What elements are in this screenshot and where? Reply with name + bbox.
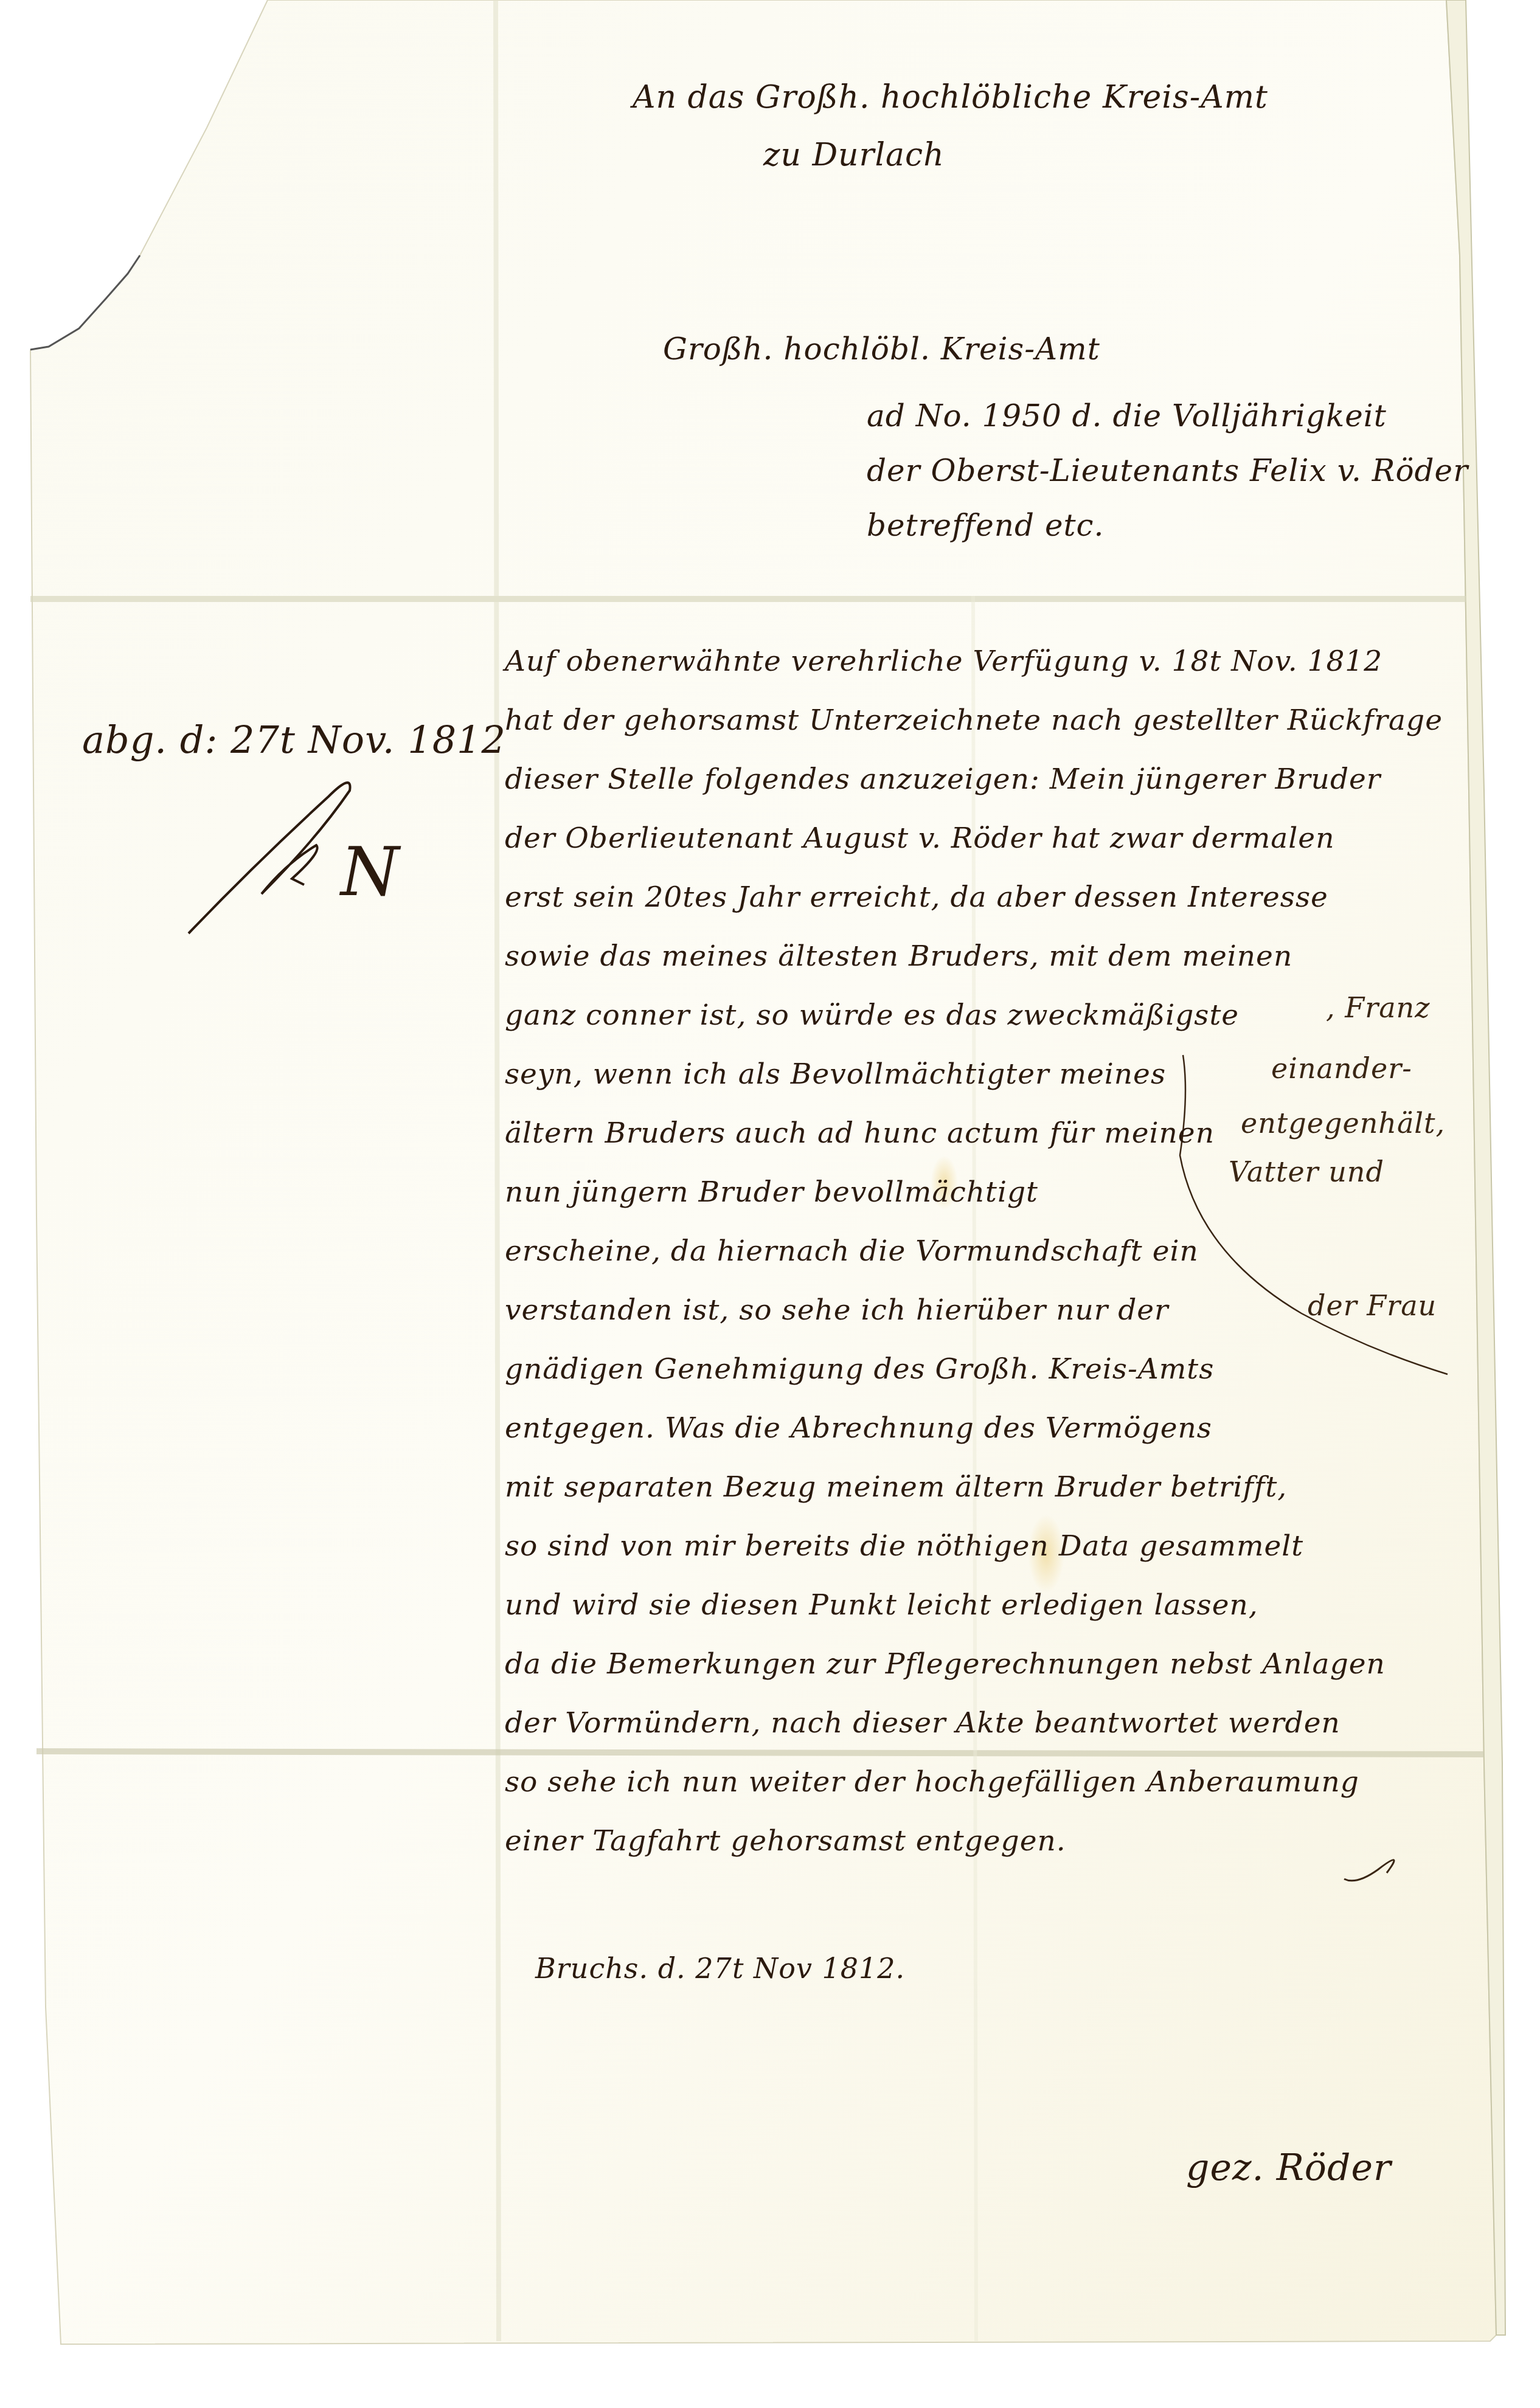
insert-entgegenhaelt: entgegenhält, xyxy=(1241,1107,1445,1140)
body-line: entgegen. Was die Abrechnung des Vermöge… xyxy=(505,1411,1212,1445)
subject-line-2: der Oberst-Lieutenants Felix v. Röder xyxy=(867,453,1468,488)
body-line: hat der gehorsamst Unterzeichnete nach g… xyxy=(505,704,1443,737)
letter-page: An das Großh. hochlöbliche Kreis-Amt zu … xyxy=(0,0,1540,2408)
place-date: Bruchs. d. 27t Nov 1812. xyxy=(535,1952,905,1985)
body-line: erscheine, da hiernach die Vormundschaft… xyxy=(505,1234,1199,1268)
body-line: ältern Bruders auch ad hunc actum für me… xyxy=(505,1116,1215,1150)
body-line: gnädigen Genehmigung des Großh. Kreis-Am… xyxy=(505,1352,1214,1386)
body-line: dieser Stelle folgendes anzuzeigen: Mein… xyxy=(505,763,1381,796)
insert-der-frau: der Frau xyxy=(1308,1289,1437,1322)
body-line: und wird sie diesen Punkt leicht erledig… xyxy=(505,1588,1258,1622)
body-line: nun jüngern Bruder bevollmächtigt xyxy=(505,1175,1038,1209)
insert-vatter-und: Vatter und xyxy=(1229,1155,1384,1188)
body-line: einer Tagfahrt gehorsamst entgegen. xyxy=(505,1824,1066,1858)
signature: gez. Röder xyxy=(1186,2147,1392,2189)
insert-einander: einander- xyxy=(1271,1052,1412,1085)
insert-franz: , Franz xyxy=(1326,991,1430,1024)
body-line: erst sein 20tes Jahr erreicht, da aber d… xyxy=(505,881,1328,914)
subject-line-1: ad No. 1950 d. die Volljährigkeit xyxy=(867,398,1387,434)
body-line: da die Bemerkungen zur Pflegerechnungen … xyxy=(505,1647,1386,1681)
salutation: Großh. hochlöbl. Kreis-Amt xyxy=(663,331,1100,367)
body-line: so sehe ich nun weiter der hochgefällige… xyxy=(505,1765,1359,1799)
body-line: mit separaten Bezug meinem ältern Bruder… xyxy=(505,1470,1287,1504)
dispatch-note: abg. d: 27t Nov. 1812 xyxy=(82,718,506,762)
initial-mark: N xyxy=(341,833,400,911)
address-line-2: zu Durlach xyxy=(763,137,945,173)
body-line: sowie das meines ältesten Bruders, mit d… xyxy=(505,939,1292,973)
body-line: seyn, wenn ich als Bevollmächtigter mein… xyxy=(505,1057,1166,1091)
body-line: Auf obenerwähnte verehrliche Verfügung v… xyxy=(505,645,1382,678)
subject-line-3: betreffend etc. xyxy=(867,508,1104,543)
address-line-1: An das Großh. hochlöbliche Kreis-Amt xyxy=(633,79,1268,116)
body-line: so sind von mir bereits die nöthigen Dat… xyxy=(505,1529,1303,1563)
body-line: der Vormündern, nach dieser Akte beantwo… xyxy=(505,1706,1341,1740)
body-line: ganz conner ist, so würde es das zweckmä… xyxy=(505,998,1239,1032)
body-line: verstanden ist, so sehe ich hierüber nur… xyxy=(505,1293,1169,1327)
body-line: der Oberlieutenant August v. Röder hat z… xyxy=(505,822,1334,855)
